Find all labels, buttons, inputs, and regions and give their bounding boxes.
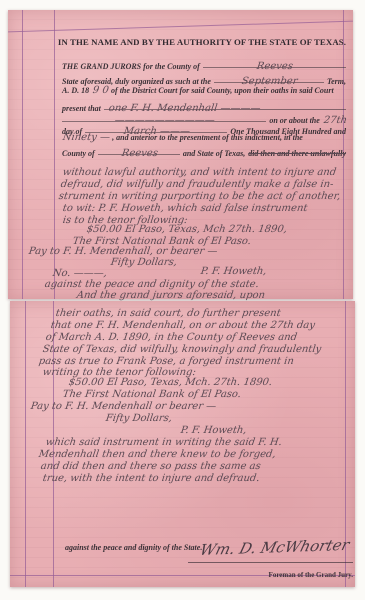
form-line-ninety: Ninety — , and anterior to the presentme… <box>62 132 346 143</box>
form-line-grand-jurors: THE GRAND JURORS for the County of Reeve… <box>62 56 346 72</box>
printed-text: , and anterior to the presentment of thi… <box>112 132 303 143</box>
handwritten-line: true, with the intent to injure and defr… <box>42 468 259 486</box>
document-photo: IN THE NAME AND BY THE AUTHORITY OF THE … <box>0 0 365 600</box>
form-line-year: A. D. 18 9 0 of the District Court for s… <box>62 85 346 96</box>
signature-underline <box>188 562 353 563</box>
struck-printed-text: did then and there unlawfully <box>248 148 346 159</box>
printed-text: and State of Texas, <box>183 148 245 159</box>
document-title: IN THE NAME AND BY THE AUTHORITY OF THE … <box>56 37 348 47</box>
county-blank-2: Reeves <box>98 143 180 155</box>
indictment-page-2: their oaths, in said court, do further p… <box>10 301 355 587</box>
indictment-page-1: IN THE NAME AND BY THE AUTHORITY OF THE … <box>8 10 353 299</box>
foreman-signature: Wm. D. McWhorter <box>198 541 345 560</box>
foreman-caption: Foreman of the Grand Jury. <box>198 564 353 582</box>
term-blank: September <box>214 71 324 83</box>
printed-text: A. D. 18 <box>62 85 89 96</box>
check-sum-line: Fifty Dollars, <box>110 252 176 270</box>
printed-text: County of <box>62 148 95 159</box>
ninety-handwriting: Ninety — <box>62 132 111 143</box>
year-handwriting: 9 0 <box>92 85 109 96</box>
printed-text: of the District Court for said County, u… <box>111 85 334 96</box>
margin-line-outer <box>22 10 23 299</box>
margin-line-outer <box>25 301 26 587</box>
closing-printed-text: against the peace and dignity of the Sta… <box>65 537 202 555</box>
county-blank: Reeves <box>203 56 346 68</box>
ruled-line-top <box>8 21 353 33</box>
form-line-county-state: County of Reeves and State of Texas, did… <box>62 143 346 159</box>
county-handwriting-2: Reeves <box>121 148 159 159</box>
defendant-blank: one F. H. Mendenhall ———— <box>104 98 346 110</box>
check-sum-line: Fifty Dollars, <box>105 408 171 426</box>
